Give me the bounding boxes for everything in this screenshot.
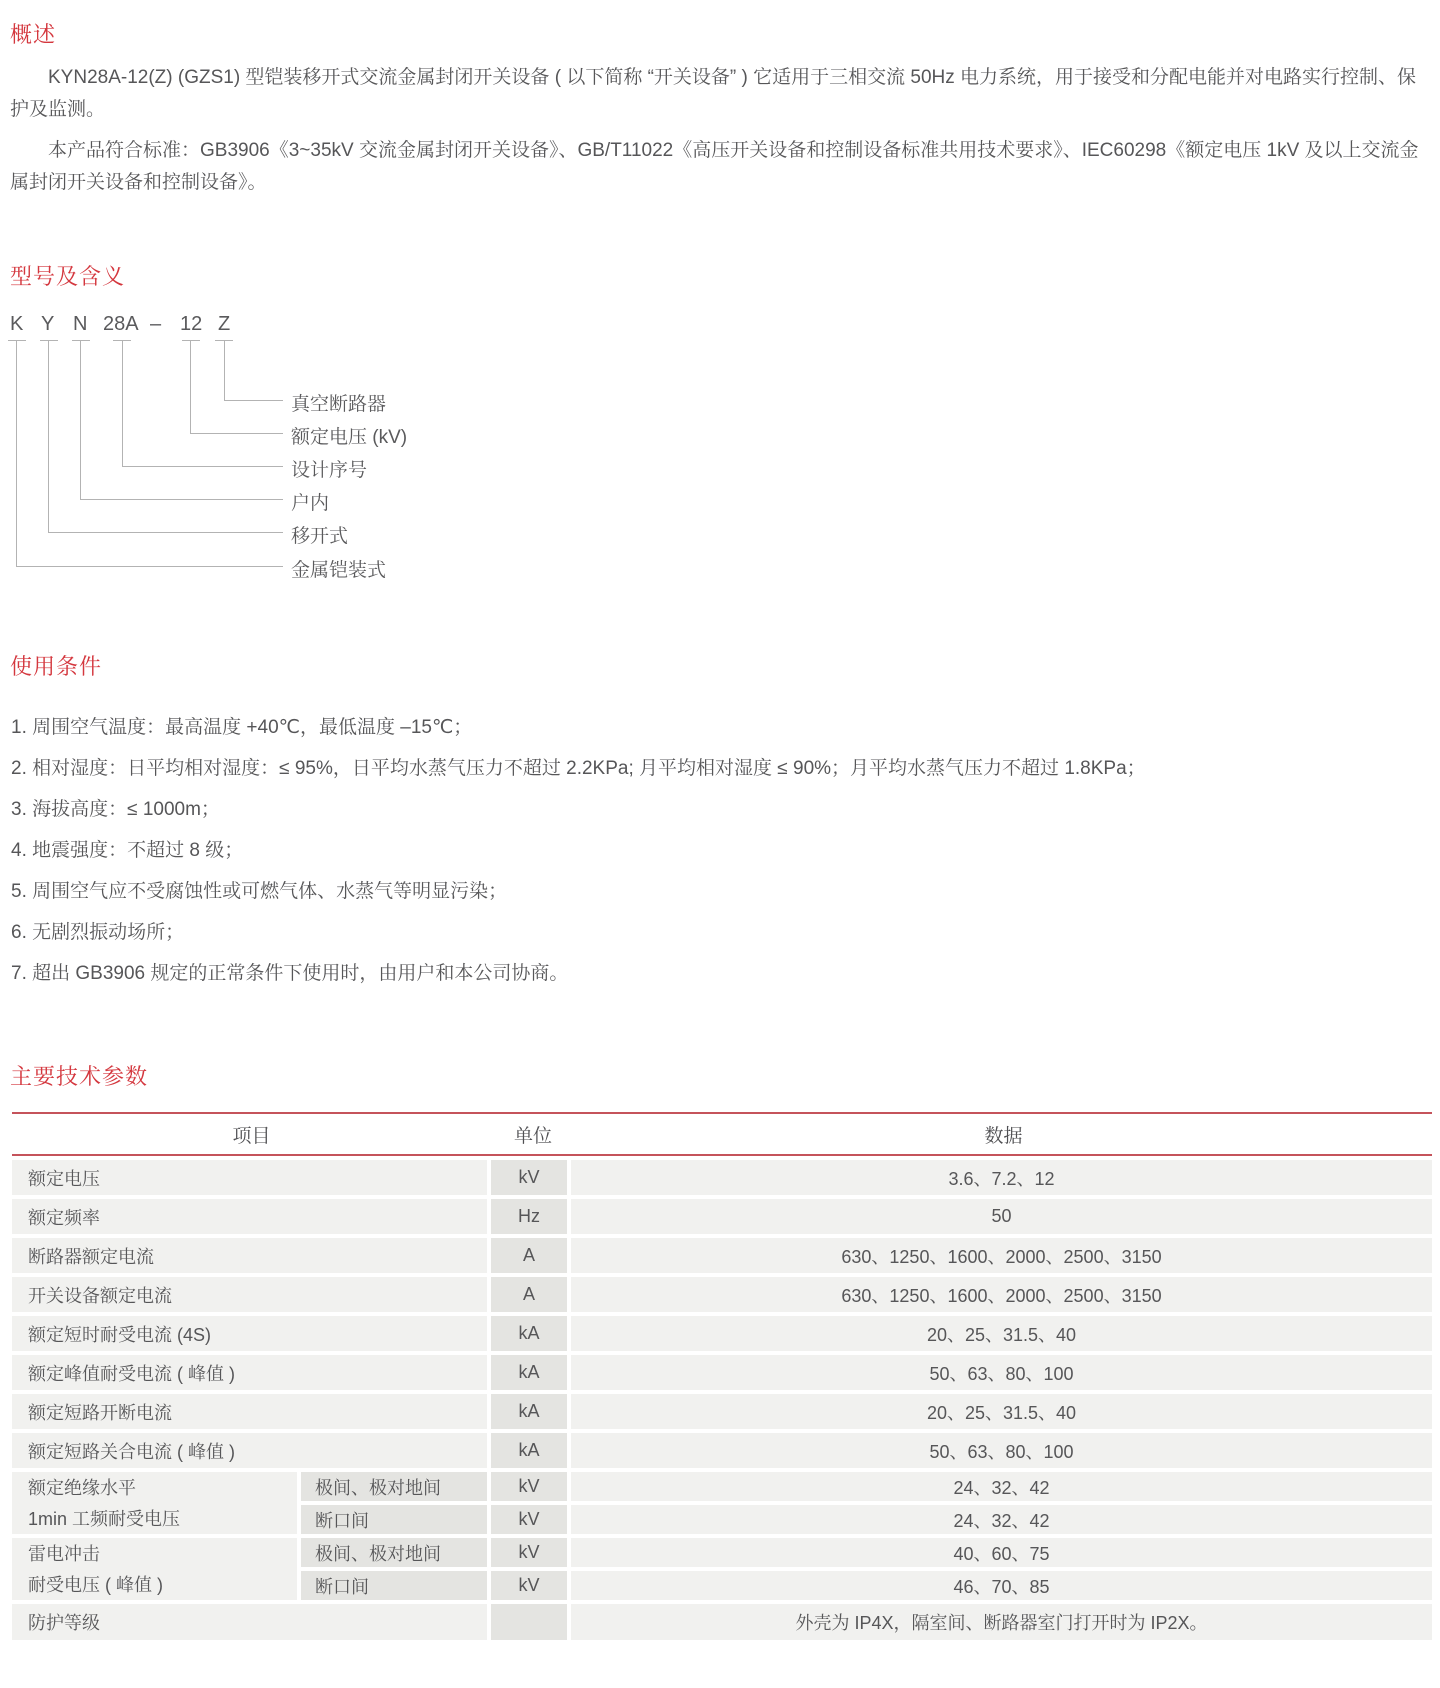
model-letter-12: 12 <box>180 313 202 336</box>
group-label-line2: 耐受电压 ( 峰值 ) <box>28 1574 297 1596</box>
model-meaning-withdrawable: 移开式 <box>291 521 348 548</box>
item-cell: 额定短时耐受电流 (4S) <box>12 1316 487 1351</box>
line-k-horizontal <box>16 566 283 567</box>
data-cell: 630、1250、1600、2000、2500、3150 <box>571 1277 1432 1312</box>
group-label: 额定绝缘水平 1min 工频耐受电压 <box>12 1472 297 1534</box>
item-cell: 额定短路关合电流 ( 峰值 ) <box>12 1433 487 1468</box>
table-subrow: 断口间 kV 24、32、42 <box>297 1505 1432 1534</box>
table-row: 额定短路关合电流 ( 峰值 ) kA 50、63、80、100 <box>12 1433 1432 1468</box>
table-subrow: 极间、极对地间 kV 40、60、75 <box>297 1538 1432 1567</box>
model-letter-28a: 28A <box>103 313 139 336</box>
model-meaning-design-serial: 设计序号 <box>291 455 367 482</box>
unit-cell: kV <box>491 1538 567 1567</box>
group-label-line1: 雷电冲击 <box>28 1543 297 1565</box>
condition-item-7: 7. 超出 GB3906 规定的正常条件下使用时，由用户和本公司协商。 <box>11 962 1431 986</box>
unit-cell: A <box>491 1238 567 1273</box>
unit-cell <box>491 1604 567 1640</box>
line-12-vertical <box>190 341 191 433</box>
table-row: 额定电压 kV 3.6、7.2、12 <box>12 1160 1432 1195</box>
data-cell: 24、32、42 <box>571 1472 1432 1501</box>
conditions-heading: 使用条件 <box>10 650 102 681</box>
unit-cell: kA <box>491 1355 567 1390</box>
document-page: 概述 KYN28A-12(Z) (GZS1) 型铠装移开式交流金属封闭开关设备 … <box>0 0 1440 1688</box>
tick-12 <box>182 340 200 341</box>
group-label-line2: 1min 工频耐受电压 <box>28 1508 297 1530</box>
tick-k <box>8 340 26 341</box>
group-label: 雷电冲击 耐受电压 ( 峰值 ) <box>12 1538 297 1600</box>
unit-cell: A <box>491 1277 567 1312</box>
unit-cell: kV <box>491 1571 567 1600</box>
sub-cell: 断口间 <box>301 1505 487 1534</box>
unit-cell: kA <box>491 1394 567 1429</box>
unit-cell: kV <box>491 1160 567 1195</box>
header-item: 项目 <box>12 1114 491 1154</box>
unit-cell: kV <box>491 1472 567 1501</box>
model-letter-y: Y <box>41 313 54 336</box>
data-cell: 24、32、42 <box>571 1505 1432 1534</box>
data-cell: 46、70、85 <box>571 1571 1432 1600</box>
item-cell: 断路器额定电流 <box>12 1238 487 1273</box>
table-row-protection: 防护等级 外壳为 IP4X，隔室间、断路器室门打开时为 IP2X。 <box>12 1604 1432 1640</box>
data-cell: 50、63、80、100 <box>571 1355 1432 1390</box>
line-28a-vertical <box>122 341 123 466</box>
table-subrow: 极间、极对地间 kV 24、32、42 <box>297 1472 1432 1501</box>
sub-cell: 极间、极对地间 <box>301 1472 487 1501</box>
condition-item-3: 3. 海拔高度：≤ 1000m； <box>11 798 1431 822</box>
overview-heading: 概述 <box>10 18 56 49</box>
model-heading: 型号及含义 <box>10 260 125 291</box>
item-cell: 防护等级 <box>12 1604 487 1640</box>
item-cell: 开关设备额定电流 <box>12 1277 487 1312</box>
data-cell: 630、1250、1600、2000、2500、3150 <box>571 1238 1432 1273</box>
data-cell: 50 <box>571 1199 1432 1234</box>
item-cell: 额定电压 <box>12 1160 487 1195</box>
model-letter-z: Z <box>218 313 230 336</box>
group-label-line1: 额定绝缘水平 <box>28 1477 297 1499</box>
model-letter-n: N <box>73 313 87 336</box>
table-row: 额定短时耐受电流 (4S) kA 20、25、31.5、40 <box>12 1316 1432 1351</box>
line-z-horizontal <box>224 400 283 401</box>
line-y-vertical <box>48 341 49 532</box>
line-n-vertical <box>80 341 81 499</box>
tick-y <box>40 340 58 341</box>
unit-cell: kV <box>491 1505 567 1534</box>
line-12-horizontal <box>190 433 283 434</box>
model-meaning-vacuum-breaker: 真空断路器 <box>291 389 386 416</box>
tech-heading: 主要技术参数 <box>10 1060 148 1091</box>
model-letter-k: K <box>10 313 23 336</box>
overview-paragraph-2: 本产品符合标准：GB3906《3~35kV 交流金属封闭开关设备》、GB/T11… <box>10 135 1428 199</box>
table-group-lightning: 雷电冲击 耐受电压 ( 峰值 ) 极间、极对地间 kV 40、60、75 断口间… <box>12 1538 1432 1600</box>
condition-item-5: 5. 周围空气应不受腐蚀性或可燃气体、水蒸气等明显污染； <box>11 880 1431 904</box>
line-k-vertical <box>16 341 17 566</box>
unit-cell: kA <box>491 1433 567 1468</box>
table-header-row: 项目 单位 数据 <box>12 1114 1432 1156</box>
table-row: 额定峰值耐受电流 ( 峰值 ) kA 50、63、80、100 <box>12 1355 1432 1390</box>
model-meaning-rated-voltage: 额定电压 (kV) <box>291 422 407 449</box>
data-cell: 20、25、31.5、40 <box>571 1394 1432 1429</box>
line-28a-horizontal <box>122 466 283 467</box>
condition-item-6: 6. 无剧烈振动场所； <box>11 921 1431 945</box>
item-cell: 额定峰值耐受电流 ( 峰值 ) <box>12 1355 487 1390</box>
data-cell: 3.6、7.2、12 <box>571 1160 1432 1195</box>
condition-item-1: 1. 周围空气温度：最高温度 +40℃，最低温度 –15℃； <box>11 716 1431 740</box>
sub-cell: 断口间 <box>301 1571 487 1600</box>
model-meaning-indoor: 户内 <box>291 488 329 515</box>
header-unit: 单位 <box>491 1114 575 1154</box>
model-meaning-metal-clad: 金属铠装式 <box>291 555 386 582</box>
sub-cell: 极间、极对地间 <box>301 1538 487 1567</box>
header-data: 数据 <box>575 1114 1432 1154</box>
item-cell: 额定频率 <box>12 1199 487 1234</box>
table-row: 断路器额定电流 A 630、1250、1600、2000、2500、3150 <box>12 1238 1432 1273</box>
table-row: 额定短路开断电流 kA 20、25、31.5、40 <box>12 1394 1432 1429</box>
table-row: 额定频率 Hz 50 <box>12 1199 1432 1234</box>
technical-parameters-table: 项目 单位 数据 额定电压 kV 3.6、7.2、12 额定频率 Hz 50 断… <box>12 1112 1432 1640</box>
condition-item-2: 2. 相对湿度：日平均相对湿度：≤ 95%，日平均水蒸气压力不超过 2.2KPa… <box>11 757 1431 781</box>
unit-cell: Hz <box>491 1199 567 1234</box>
line-n-horizontal <box>80 499 283 500</box>
model-letter-dash: – <box>150 313 161 336</box>
item-cell: 额定短路开断电流 <box>12 1394 487 1429</box>
data-cell: 40、60、75 <box>571 1538 1432 1567</box>
table-subrow: 断口间 kV 46、70、85 <box>297 1571 1432 1600</box>
line-y-horizontal <box>48 532 283 533</box>
table-group-insulation: 额定绝缘水平 1min 工频耐受电压 极间、极对地间 kV 24、32、42 断… <box>12 1472 1432 1534</box>
unit-cell: kA <box>491 1316 567 1351</box>
condition-item-4: 4. 地震强度：不超过 8 级； <box>11 839 1431 863</box>
table-row: 开关设备额定电流 A 630、1250、1600、2000、2500、3150 <box>12 1277 1432 1312</box>
data-cell: 50、63、80、100 <box>571 1433 1432 1468</box>
data-cell: 20、25、31.5、40 <box>571 1316 1432 1351</box>
data-cell: 外壳为 IP4X，隔室间、断路器室门打开时为 IP2X。 <box>571 1604 1432 1640</box>
overview-paragraph-1: KYN28A-12(Z) (GZS1) 型铠装移开式交流金属封闭开关设备 ( 以… <box>10 62 1428 126</box>
line-z-vertical <box>224 341 225 400</box>
tick-n <box>72 340 90 341</box>
